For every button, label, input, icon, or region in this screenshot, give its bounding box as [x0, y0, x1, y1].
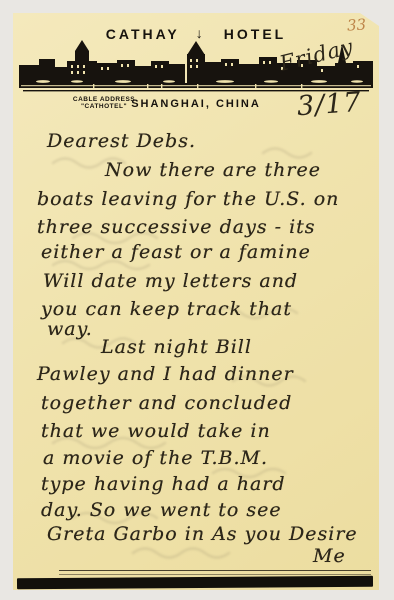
letter-line: Now there are three — [105, 159, 321, 181]
letter-page: 33 CATHAY ↓ HOTEL — [13, 13, 379, 590]
letter-line: that we would take in — [41, 420, 271, 442]
letter-line: together and concluded — [41, 392, 292, 414]
letter-line: Greta Garbo in As you Desire — [47, 523, 358, 545]
tower-flag-icon: ↓ — [196, 25, 208, 40]
letter-line: three successive days - its — [37, 216, 316, 238]
scanned-letter: 33 CATHAY ↓ HOTEL — [0, 0, 394, 600]
clock-tower — [67, 40, 97, 83]
letter-line: Me — [313, 545, 346, 567]
letter-line: either a feast or a famine — [41, 241, 311, 263]
letter-line: type having had a hard — [41, 473, 286, 495]
hotel-name-right: HOTEL — [224, 26, 286, 42]
letter-line: way. — [47, 318, 93, 340]
handwritten-date: 3/17 — [296, 87, 363, 122]
page-bottom-rule — [59, 570, 371, 575]
letter-line: Pawley and I had dinner — [37, 363, 294, 385]
letter-line: Dearest Debs. — [47, 130, 196, 152]
letter-line: Will date my letters and — [43, 270, 298, 292]
letter-line: a movie of the T.B.M. — [43, 447, 268, 469]
letter-line: day. So we went to see — [41, 499, 282, 521]
letter-line: boats leaving for the U.S. on — [37, 188, 339, 210]
letter-line: you can keep track that — [41, 298, 292, 320]
letter-line: Last night Bill — [101, 336, 252, 358]
hotel-name-left: CATHAY — [106, 26, 180, 42]
